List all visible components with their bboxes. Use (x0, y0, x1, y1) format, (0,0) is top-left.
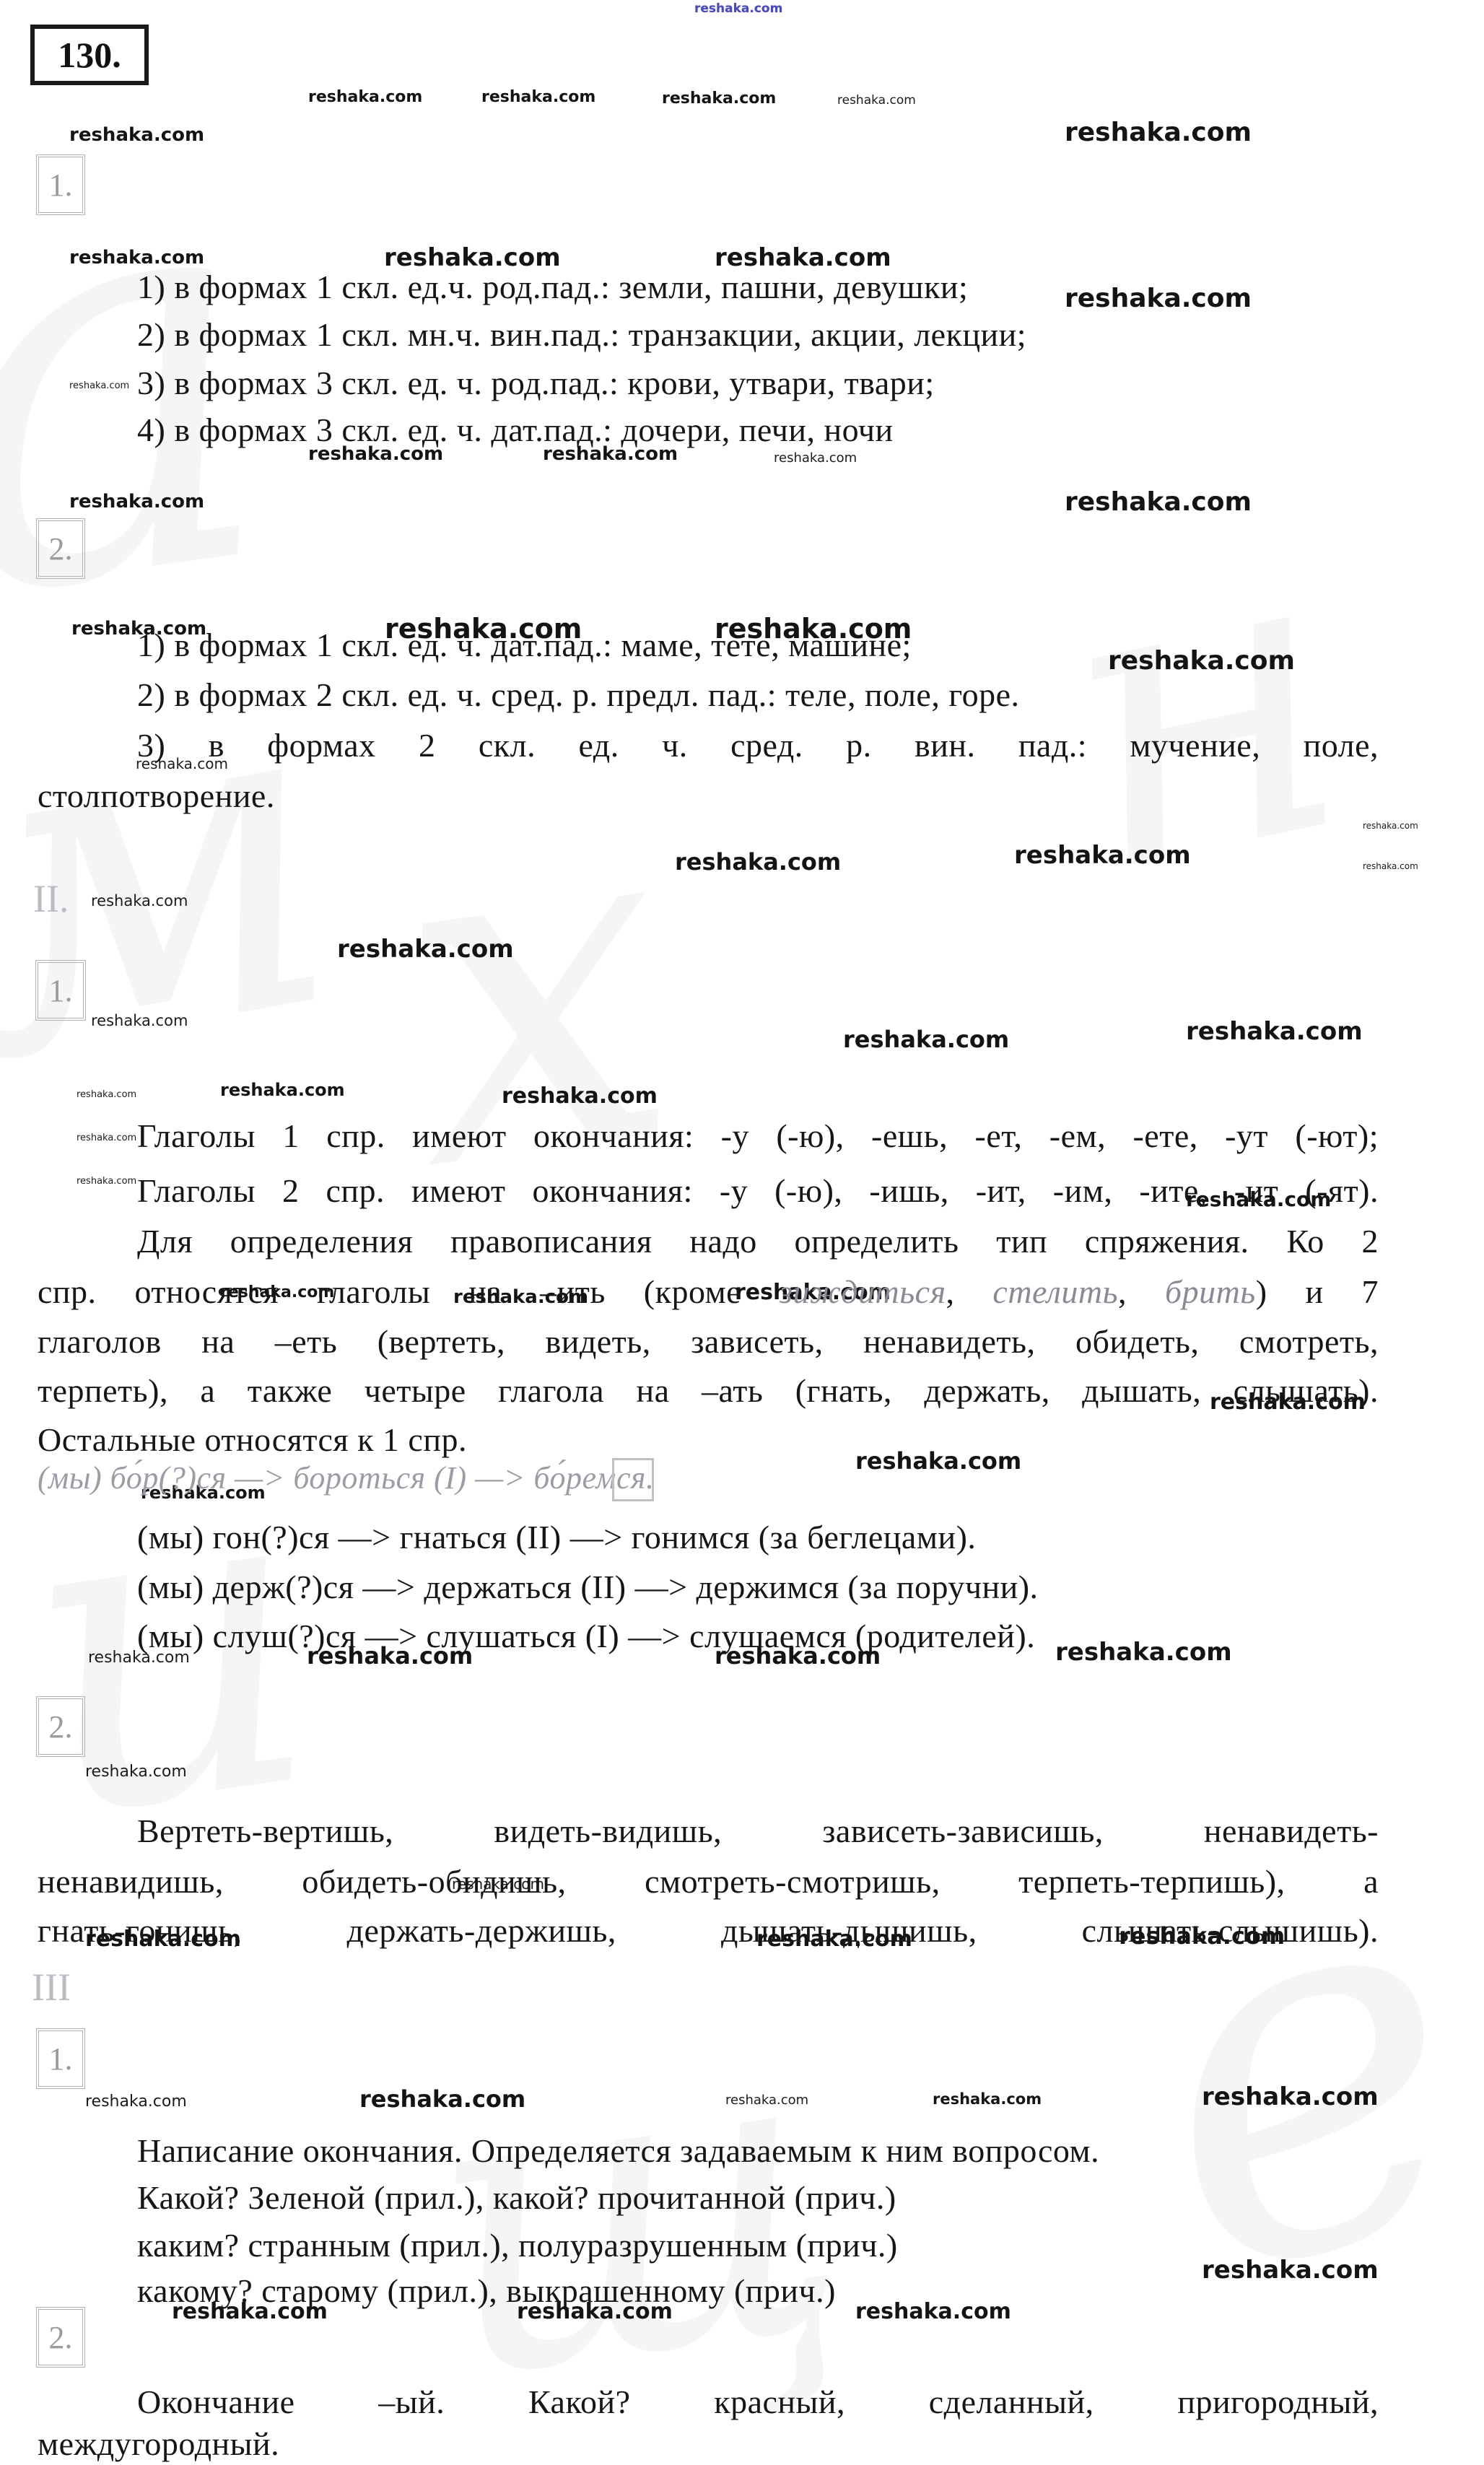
watermark: reshaka.com (843, 1028, 1009, 1051)
text-line: (мы) гон(?)ся —> гнаться (II) —> гонимся… (137, 1519, 976, 1557)
text-line: Глаголы 1 спр. имеют окончания: -у (-ю),… (38, 1117, 1379, 1156)
watermark: reshaka.com (220, 1081, 345, 1099)
text-line: (мы) слуш(?)ся —> слушаться (I) —> слуша… (137, 1618, 1035, 1656)
section-label: II. (33, 879, 69, 918)
text-line: 4) в формах 3 скл. ед. ч. дат.пад.: доче… (137, 411, 894, 450)
watermark: reshaka.com (725, 2094, 808, 2107)
text-line: 2) в формах 1 скл. мн.ч. вин.пад.: транз… (137, 316, 1026, 354)
text-line: Какой? Зеленой (прил.), какой? прочитанн… (137, 2179, 896, 2217)
watermark: reshaka.com (855, 2301, 1011, 2323)
watermark: reshaka.com (337, 937, 514, 961)
text-line: Глаголы 2 спр. имеют окончания: -у (-ю),… (38, 1172, 1379, 1210)
watermark: reshaka.com (1014, 843, 1191, 868)
text-line: 3) в формах 3 скл. ед. ч. род.пад.: кров… (137, 365, 935, 403)
watermark: reshaka.com (91, 894, 188, 909)
item-number-box: 2. (36, 518, 85, 579)
watermark: reshaka.com (1065, 286, 1252, 312)
watermark: reshaka.com (694, 3, 782, 15)
watermark: reshaka.com (1055, 1640, 1232, 1665)
text-span-italic: брить (1165, 1273, 1256, 1310)
watermark: reshaka.com (69, 248, 204, 267)
text-span: ) и 7 (1256, 1273, 1379, 1310)
watermark: reshaka.com (359, 2087, 525, 2111)
watermark: reshaka.com (1065, 120, 1252, 146)
watermark: reshaka.com (85, 2094, 187, 2110)
item-number-box: 1. (35, 960, 86, 1021)
watermark: reshaka.com (1108, 648, 1295, 674)
text-line: спр. относятся глаголы на –ить (кроме зи… (38, 1273, 1379, 1312)
watermark: reshaka.com (1363, 862, 1418, 871)
watermark: reshaka.com (69, 126, 204, 144)
text-line: терпеть), а также четыре глагола на –ать… (38, 1372, 1379, 1410)
text-line: каким? странным (прил.), полуразрушенным… (137, 2227, 898, 2265)
watermark: reshaka.com (69, 492, 204, 511)
watermark: reshaka.com (384, 245, 561, 270)
letter-highlight-box (612, 1458, 654, 1501)
text-span-italic: стелить (992, 1273, 1118, 1310)
text-line: 1) в формах 1 скл. ед.ч. род.пад.: земли… (137, 269, 968, 307)
watermark: reshaka.com (85, 1764, 187, 1780)
watermark: reshaka.com (1202, 2258, 1379, 2282)
text-line: Окончание –ый. Какой? красный, сделанный… (38, 2383, 1379, 2422)
watermark: reshaka.com (837, 95, 916, 107)
text-line: Для определения правописания надо опреде… (38, 1223, 1379, 1261)
text-span: , (946, 1273, 992, 1310)
exercise-number-box: 130. (30, 25, 149, 85)
watermark: reshaka.com (481, 90, 595, 105)
text-line: ненавидишь, обидеть-обидишь, смотреть-см… (38, 1863, 1379, 1901)
text-line: какому? старому (прил.), выкрашенному (п… (137, 2272, 836, 2311)
watermark: reshaka.com (662, 91, 776, 107)
watermark: reshaka.com (675, 850, 841, 873)
item-number-box: 2. (36, 2307, 85, 2368)
watermark: reshaka.com (933, 2092, 1042, 2107)
watermark: reshaka.com (1202, 2085, 1379, 2109)
text-line: Написание окончания. Определяется задава… (137, 2132, 1099, 2170)
watermark: reshaka.com (715, 245, 891, 270)
watermark: reshaka.com (774, 452, 857, 465)
text-span: спр. относятся глаголы на –ить (кроме (38, 1273, 780, 1310)
exercise-number: 130. (58, 34, 121, 76)
watermark: reshaka.com (1186, 1019, 1363, 1044)
text-line: (мы) держ(?)ся —> держаться (II) —> держ… (137, 1569, 1039, 1607)
text-line: Вертеть-вертишь, видеть-видишь, зависеть… (38, 1812, 1379, 1851)
watermark: reshaka.com (308, 90, 422, 105)
text-line: гнать-гонишь, держать-держишь, дышать-ды… (38, 1912, 1379, 1950)
text-line: междугородный. (38, 2425, 279, 2464)
watermark: reshaka.com (855, 1449, 1021, 1473)
text-line: глаголов на –еть (вертеть, видеть, завис… (38, 1323, 1379, 1361)
item-number-box: 1. (36, 154, 85, 215)
text-line: (мы) бо́р(?)ся —> бороться (I) —> бо́рем… (38, 1460, 654, 1497)
text-line: 1) в формах 1 скл. ед. ч. дат.пад.: маме… (137, 627, 912, 665)
text-span: , (1118, 1273, 1165, 1310)
text-line: 2) в формах 2 скл. ед. ч. сред. р. предл… (137, 676, 1019, 715)
text-line: 3) в формах 2 скл. ед. ч. сред. р. вин. … (38, 727, 1379, 765)
scanned-answer-page: амхниещ reshaka.comreshaka.comreshaka.co… (0, 0, 1484, 2465)
section-label: III (32, 1968, 71, 2007)
watermark: reshaka.com (1065, 489, 1252, 515)
item-number-box: 1. (36, 2028, 85, 2089)
watermark: reshaka.com (502, 1086, 658, 1107)
watermark: reshaka.com (77, 1090, 136, 1099)
watermark: reshaka.com (91, 1013, 188, 1029)
text-line: столпотворение. (38, 777, 275, 816)
item-number-box: 2. (36, 1696, 85, 1757)
text-line: Остальные относятся к 1 спр. (38, 1421, 467, 1460)
watermark: reshaka.com (69, 381, 129, 391)
ghost-letter: х (373, 742, 695, 1236)
watermark: reshaka.com (1363, 821, 1418, 830)
text-span-italic: зиждиться (780, 1273, 946, 1310)
